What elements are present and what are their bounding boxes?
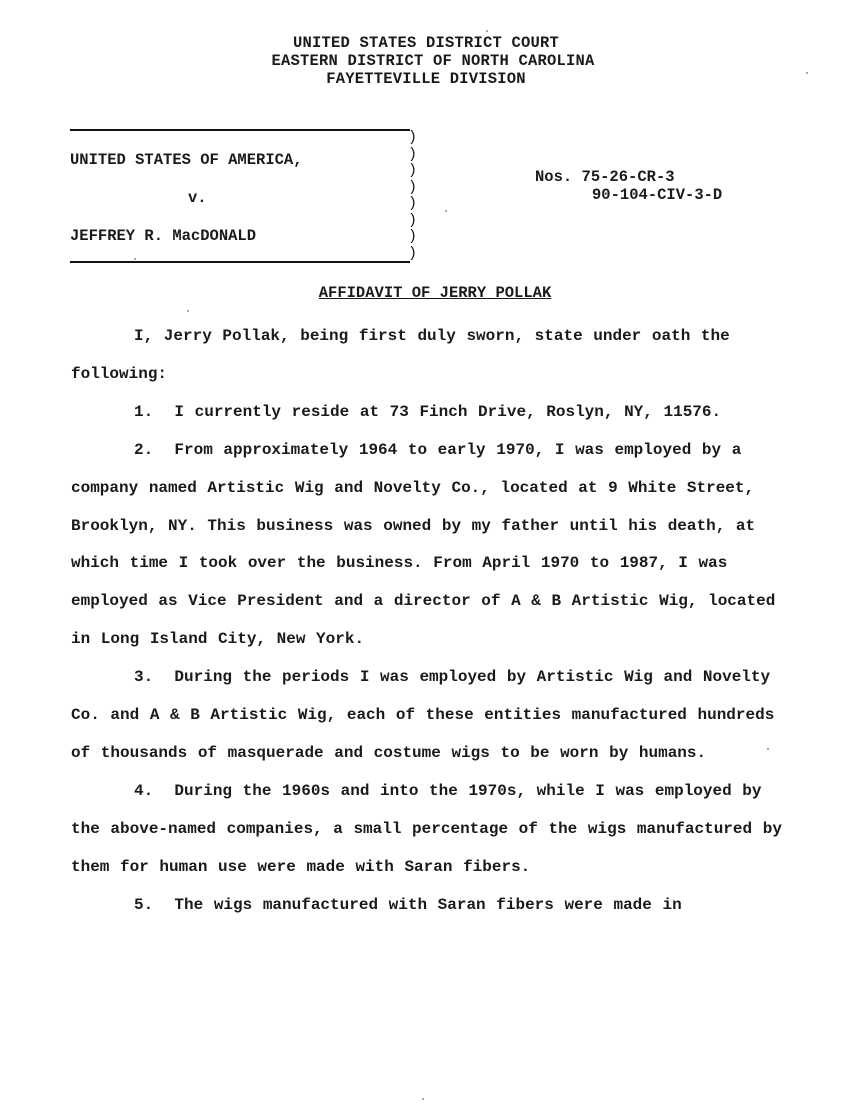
case-number-civil: 90-104-CIV-3-D [535,186,722,204]
caption-parentheses: ) ) ) ) ) ) ) ) [408,130,422,262]
paragraph-text: During the periods I was employed by Art… [71,668,774,762]
defendant-name: JEFFREY R. MacDONALD [70,227,256,245]
paragraph-1: 1. I currently reside at 73 Finch Drive,… [71,394,791,432]
caption-top-rule [70,129,410,131]
paragraph-text: The wigs manufactured with Saran fibers … [174,896,681,914]
case-caption: UNITED STATES OF AMERICA, v. JEFFREY R. … [70,129,410,263]
affidavit-body: I, Jerry Pollak, being first duly sworn,… [71,318,791,925]
scan-artifact [445,210,447,212]
case-numbers: Nos. 75-26-CR-390-104-CIV-3-D [535,168,722,204]
paragraph-text: From approximately 1964 to early 1970, I… [71,441,775,649]
case-number-criminal: 75-26-CR-3 [582,168,675,186]
paragraph-text: I, Jerry Pollak, being first duly sworn,… [71,327,730,383]
plaintiff-name: UNITED STATES OF AMERICA, [70,151,303,169]
paragraph-3: 3. During the periods I was employed by … [71,659,791,773]
paragraph-number: 3. [134,668,153,686]
court-header: UNITED STATES DISTRICT COURT EASTERN DIS… [0,34,860,88]
paragraph-number: 4. [134,782,153,800]
paragraph-text: During the 1960s and into the 1970s, whi… [71,782,782,876]
scan-artifact [806,72,808,74]
intro-paragraph: I, Jerry Pollak, being first duly sworn,… [71,318,791,394]
paragraph-number: 5. [134,896,153,914]
case-numbers-label: Nos. [535,168,572,186]
paragraph-number: 2. [134,441,153,459]
scan-artifact [187,310,189,312]
court-name: UNITED STATES DISTRICT COURT [0,34,860,52]
court-division: FAYETTEVILLE DIVISION [0,70,860,88]
paragraph-4: 4. During the 1960s and into the 1970s, … [71,773,791,887]
scan-artifact [422,1098,424,1100]
scan-artifact [767,748,769,750]
paragraph-5: 5. The wigs manufactured with Saran fibe… [71,887,791,925]
scan-artifact [134,258,136,260]
court-district: EASTERN DISTRICT OF NORTH CAROLINA [0,52,860,70]
caption-bottom-rule [70,261,410,263]
versus-label: v. [188,189,207,207]
document-title: AFFIDAVIT OF JERRY POLLAK [0,284,860,302]
scan-artifact [486,30,488,32]
paragraph-2: 2. From approximately 1964 to early 1970… [71,432,791,659]
paragraph-text: I currently reside at 73 Finch Drive, Ro… [174,403,721,421]
paragraph-number: 1. [134,403,153,421]
